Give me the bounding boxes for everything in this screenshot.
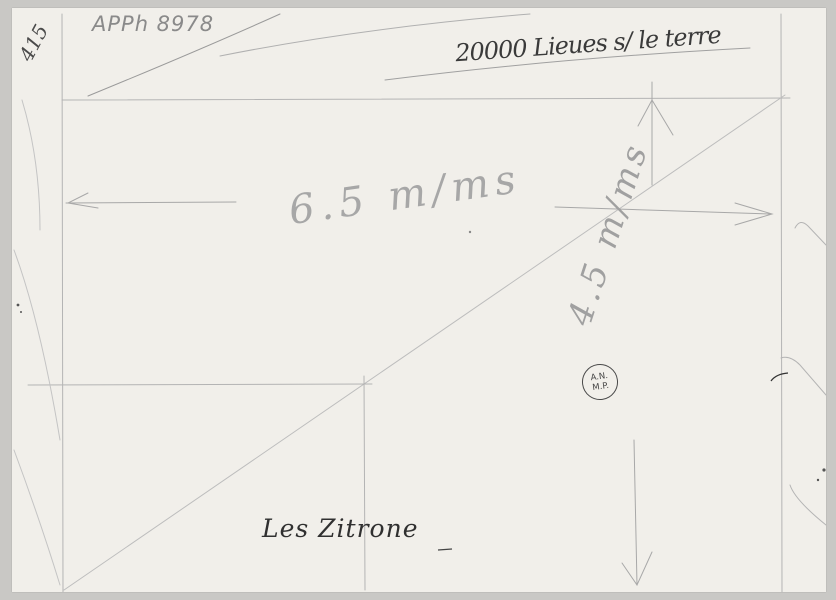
width-arrow-left-head xyxy=(68,193,98,208)
caption-text: Les Zitrone xyxy=(262,514,418,543)
frame-top-line xyxy=(62,98,790,100)
ink-tick xyxy=(771,373,788,381)
catalog-number: APPh 8978 xyxy=(92,12,214,36)
inner-horizontal-line xyxy=(28,384,372,385)
height-arrow-up-head xyxy=(638,100,673,135)
width-arrow-right-shaft xyxy=(555,207,770,214)
pencil-layout-drawing xyxy=(0,0,836,600)
inner-vertical-line xyxy=(364,376,365,590)
frame-left-line xyxy=(62,14,63,592)
width-arrow-left-shaft xyxy=(66,202,236,203)
caption-dash xyxy=(438,549,452,550)
height-arrow-down-shaft xyxy=(634,440,637,585)
stamp-line-2: M.P. xyxy=(592,381,610,393)
left-margin-curve xyxy=(22,100,40,230)
frame-right-line xyxy=(781,14,782,592)
